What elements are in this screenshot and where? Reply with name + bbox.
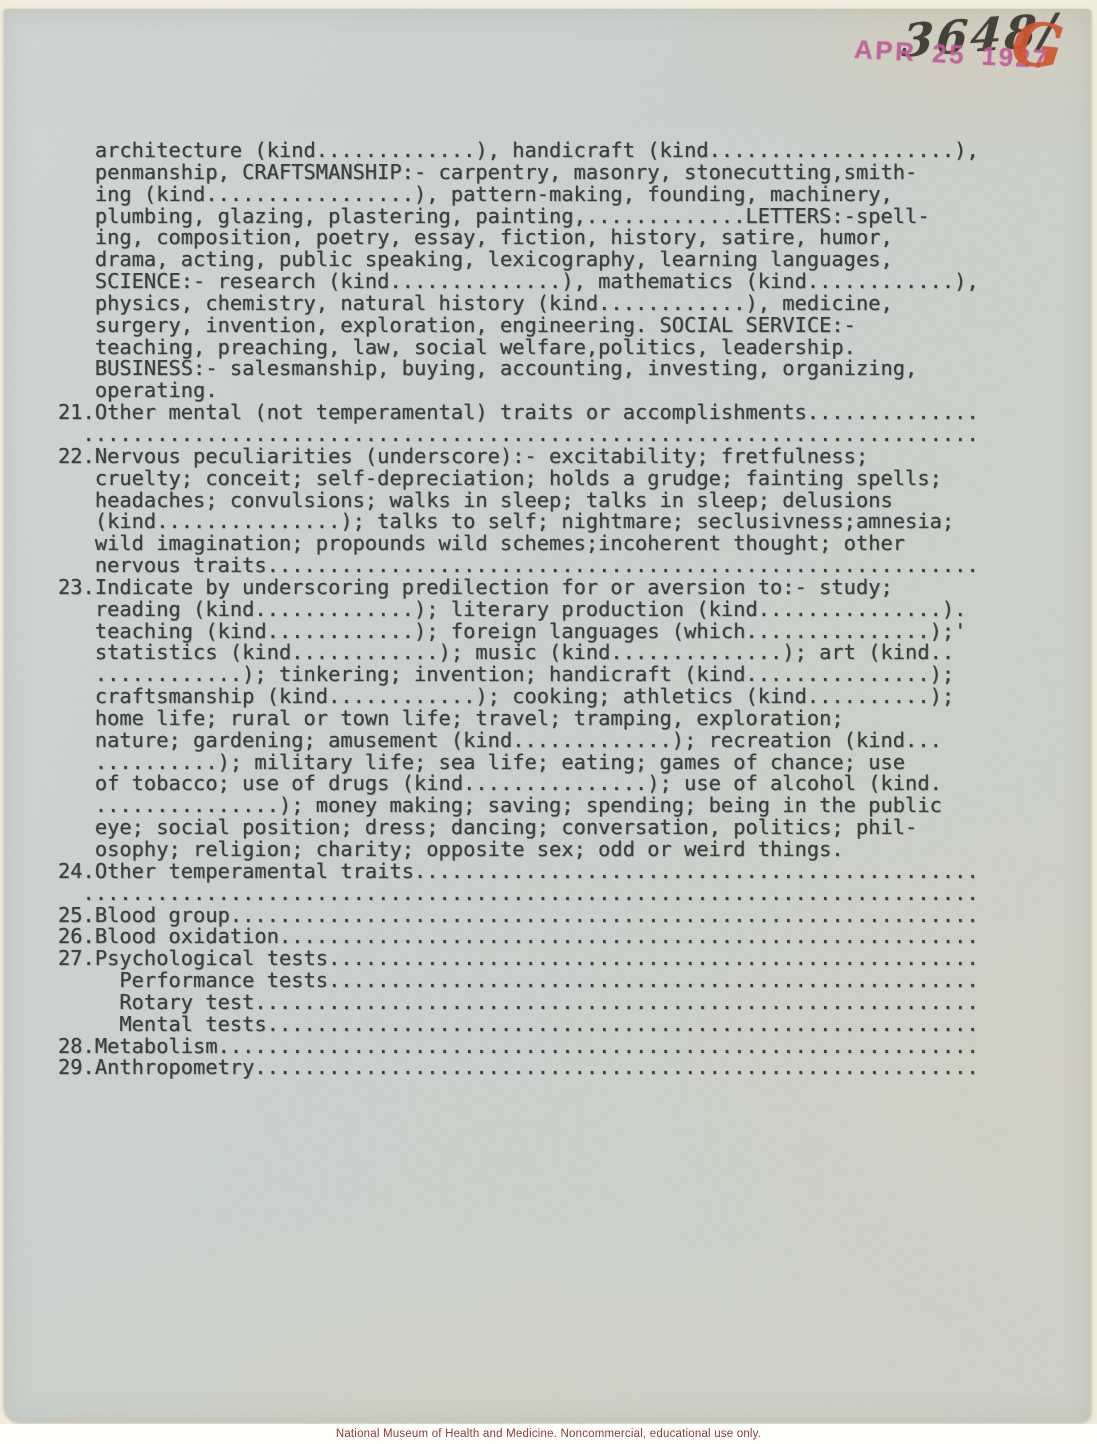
typewritten-text: architecture (kind.............), handic… [58,140,979,1079]
paper-sheet: 3648/ APR 25 1927 G architecture (kind..… [4,9,1091,1422]
footer-credit-bar: National Museum of Health and Medicine. … [0,1424,1097,1444]
footer-credit-text: National Museum of Health and Medicine. … [336,1428,761,1440]
scanned-document-page: 3648/ APR 25 1927 G architecture (kind..… [0,0,1097,1444]
grade-letter-mark: G [1008,9,1066,83]
